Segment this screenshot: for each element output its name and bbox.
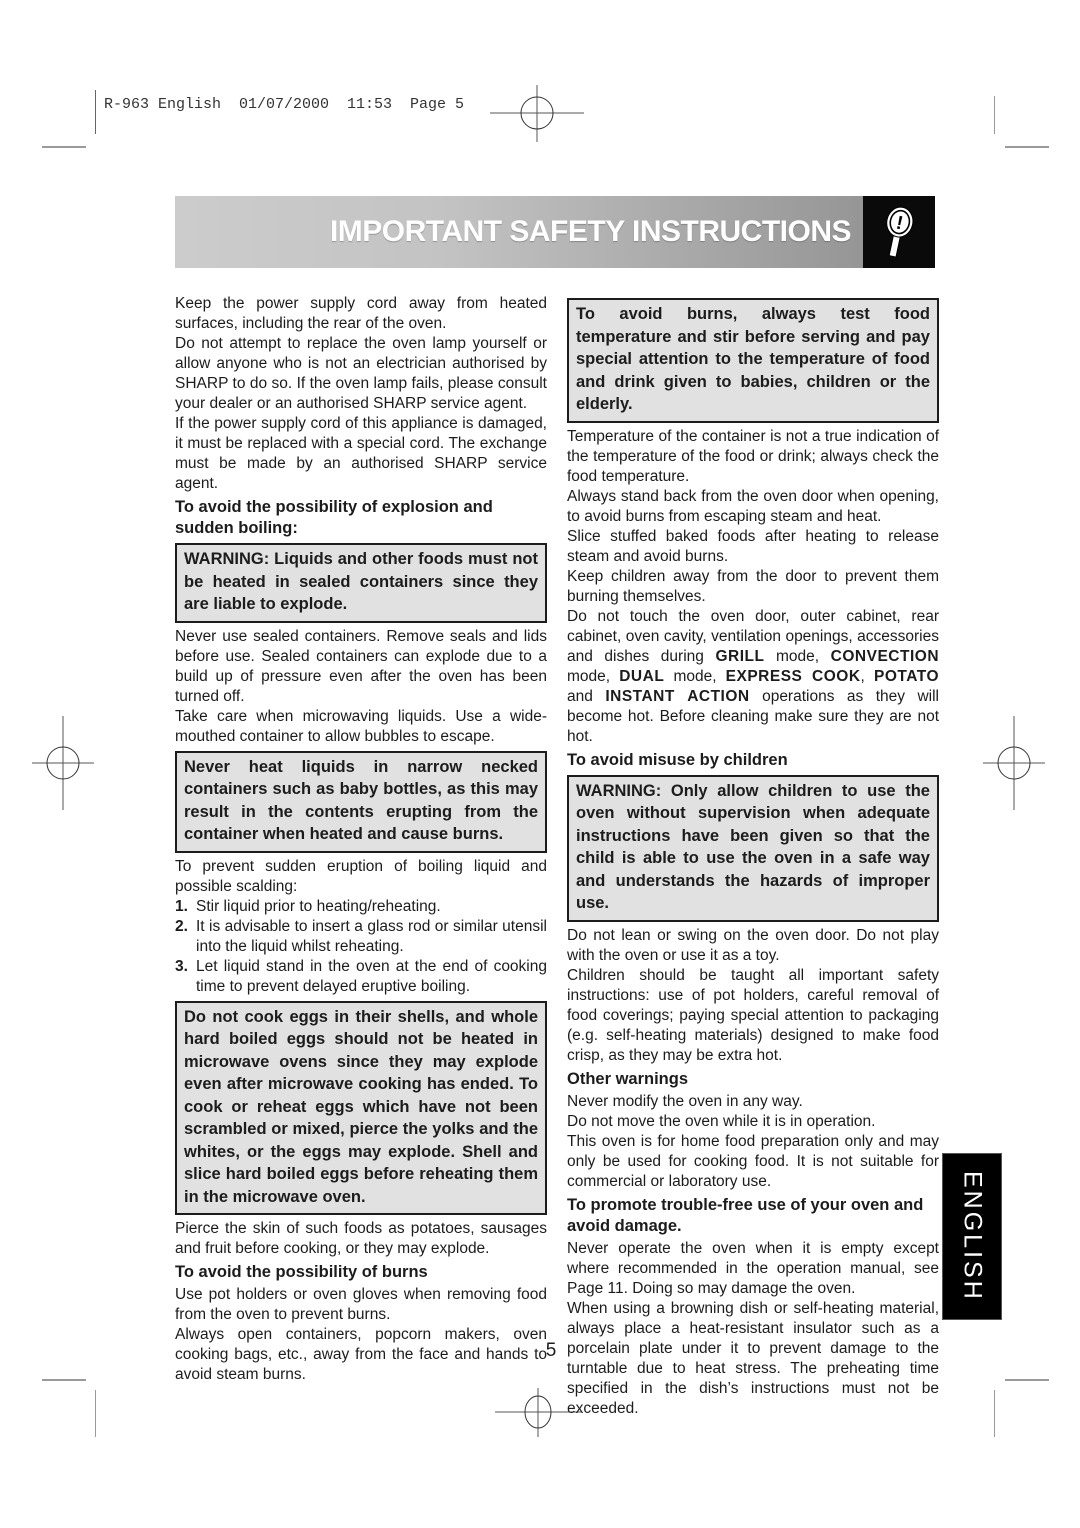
paragraph: Use pot holders or oven gloves when remo… [175, 1285, 547, 1325]
mode-name-bold: EXPRESS COOK [726, 668, 861, 685]
text-segment: , [861, 668, 874, 685]
paragraph: Take care when microwaving liquids. Use … [175, 707, 547, 747]
paragraph: Temperature of the container is not a tr… [567, 427, 939, 487]
header-rule [95, 90, 96, 134]
trim-mark-bottom-right [1005, 1379, 1049, 1381]
paragraph: When using a browning dish or self-heati… [567, 1299, 939, 1419]
numbered-list: 1.Stir liquid prior to heating/reheating… [175, 897, 547, 997]
warning-box: Do not cook eggs in their shells, and wh… [175, 1001, 547, 1216]
paragraph: Keep the power supply cord away from hea… [175, 294, 547, 334]
text-segment: mode, [664, 668, 725, 685]
warning-box: To avoid burns, always test food tempera… [567, 298, 939, 423]
paragraph: If the power supply cord of this applian… [175, 414, 547, 494]
warning-box: Never heat liquids in narrow necked cont… [175, 751, 547, 853]
warning-box: WARNING: Only allow children to use the … [567, 775, 939, 922]
page-title: IMPORTANT SAFETY INSTRUCTIONS [175, 196, 863, 268]
registration-mark-left-middle [3, 703, 123, 823]
paragraph: Always stand back from the oven door whe… [567, 487, 939, 527]
language-tab-label: ENGLISH [958, 1171, 987, 1302]
warning-box: WARNING: Liquids and other foods must no… [175, 543, 547, 623]
paragraph: Keep children away from the door to prev… [567, 567, 939, 607]
text-segment: and [567, 688, 605, 705]
paragraph: To prevent sudden eruption of boiling li… [175, 857, 547, 897]
paragraph: Children should be taught all important … [567, 966, 939, 1066]
list-item: 3.Let liquid stand in the oven at the en… [175, 957, 547, 997]
title-banner: IMPORTANT SAFETY INSTRUCTIONS ! [175, 196, 935, 268]
trim-mark-bottom-right-vertical [994, 1390, 995, 1437]
left-column: Keep the power supply cord away from hea… [175, 294, 547, 1385]
paragraph: Do not touch the oven door, outer cabine… [567, 607, 939, 747]
page-number: 5 [536, 1340, 566, 1362]
list-item: 2.It is advisable to insert a glass rod … [175, 917, 547, 957]
trim-mark-bottom-left [42, 1379, 86, 1381]
paragraph: Do not lean or swing on the oven door. D… [567, 926, 939, 966]
list-item: 1.Stir liquid prior to heating/reheating… [175, 897, 547, 917]
list-item-number: 3. [175, 957, 188, 977]
paragraph: This oven is for home food preparation o… [567, 1132, 939, 1192]
paragraph: Never modify the oven in any way. [567, 1092, 939, 1112]
right-column: To avoid burns, always test food tempera… [567, 294, 939, 1419]
paragraph: Do not attempt to replace the oven lamp … [175, 334, 547, 414]
manual-page: { "page": { "header_line": "R-963 Englis… [0, 0, 1080, 1528]
section-heading: Other warnings [567, 1069, 939, 1090]
mode-name-bold: DUAL [619, 668, 664, 685]
magnifier-exclamation-icon: ! [872, 204, 926, 260]
registration-mark-top-center [477, 53, 597, 173]
mode-name-bold: CONVECTION [831, 648, 939, 665]
text-segment: mode, [567, 668, 619, 685]
paragraph: Do not move the oven while it is in oper… [567, 1112, 939, 1132]
trim-mark-top-left [42, 146, 86, 148]
print-header-text: R-963 English 01/07/2000 11:53 Page 5 [104, 96, 464, 113]
banner-icon-box: ! [863, 196, 935, 268]
trim-mark-bottom-left-vertical [95, 1390, 96, 1437]
paragraph: Never operate the oven when it is empty … [567, 1239, 939, 1299]
section-heading: To avoid the possibility of explosion an… [175, 497, 547, 539]
list-item-number: 1. [175, 897, 188, 917]
section-heading: To promote trouble-free use of your oven… [567, 1195, 939, 1237]
section-heading: To avoid misuse by children [567, 750, 939, 771]
paragraph: Slice stuffed baked foods after heating … [567, 527, 939, 567]
trim-mark-top-right [1005, 146, 1049, 148]
paragraph: Pierce the skin of such foods as potatoe… [175, 1219, 547, 1259]
trim-mark-top-right-vertical [994, 96, 995, 134]
text-segment: mode, [764, 648, 830, 665]
section-heading: To avoid the possibility of burns [175, 1262, 547, 1283]
language-tab: ENGLISH [942, 1153, 1002, 1320]
registration-mark-right-middle [954, 703, 1074, 823]
list-item-number: 2. [175, 917, 188, 937]
paragraph: Always open containers, popcorn makers, … [175, 1325, 547, 1385]
mode-name-bold: POTATO [874, 668, 939, 685]
mode-name-bold: INSTANT ACTION [605, 688, 749, 705]
mode-name-bold: GRILL [715, 648, 764, 665]
paragraph: Never use sealed containers. Remove seal… [175, 627, 547, 707]
